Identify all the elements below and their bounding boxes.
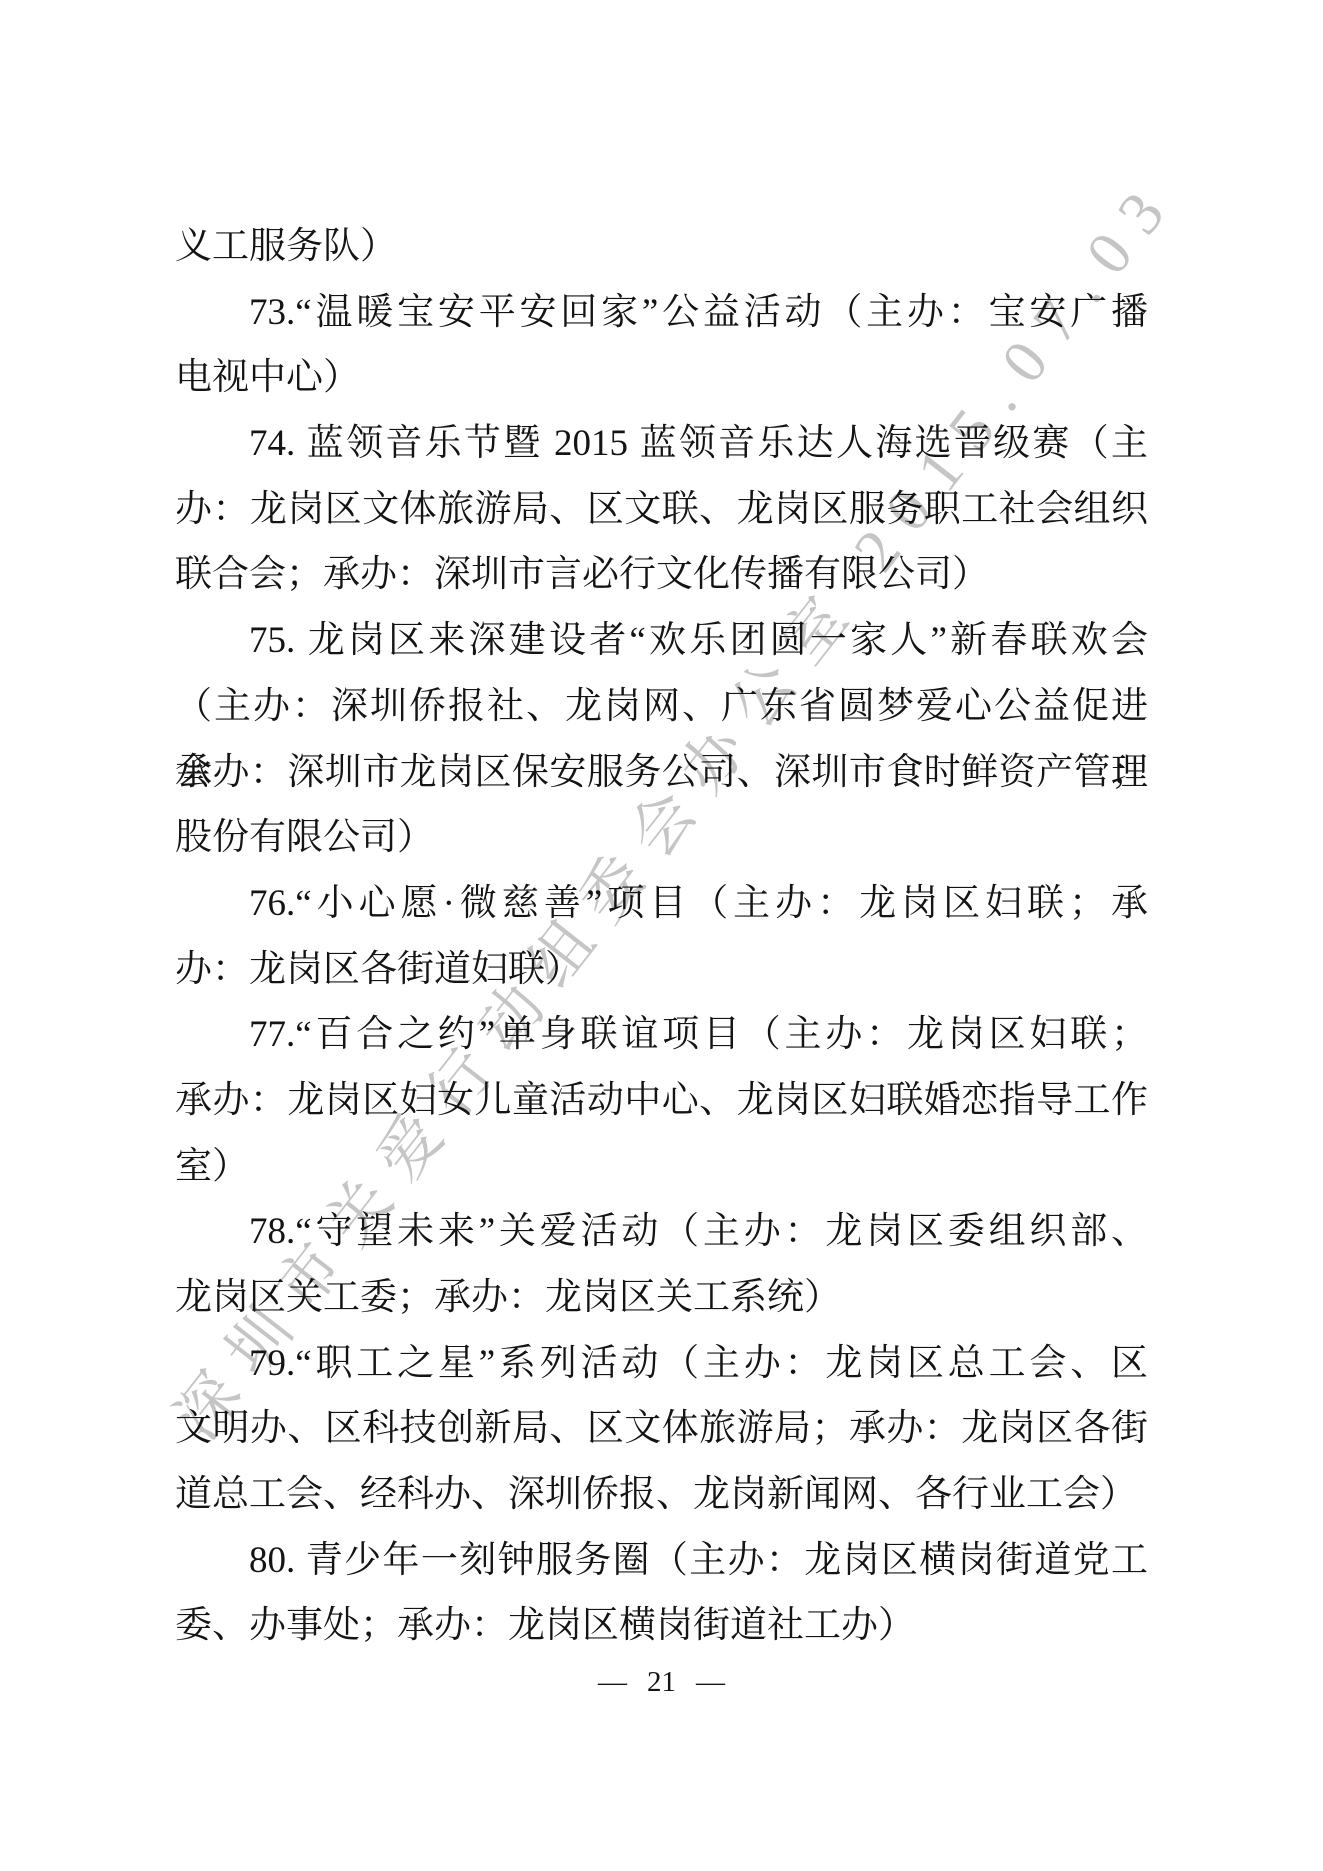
text-line: 73.“温暖宝安平安回家”公益活动（主办：宝安广播 bbox=[175, 280, 1148, 346]
text-line: 道总工会、经科办、深圳侨报、龙岗新闻网、各行业工会） bbox=[175, 1462, 1148, 1528]
footer-dash-right: — bbox=[696, 1666, 725, 1698]
text-line: 委、办事处；承办：龙岗区横岗街道社工办） bbox=[175, 1593, 1148, 1659]
document-body: 义工服务队）73.“温暖宝安平安回家”公益活动（主办：宝安广播电视中心）74. … bbox=[175, 214, 1148, 1659]
text-line: 办：龙岗区文体旅游局、区文联、龙岗区服务职工社会组织 bbox=[175, 477, 1148, 543]
text-line: 联合会；承办：深圳市言必行文化传播有限公司） bbox=[175, 542, 1148, 608]
page-footer: —21— bbox=[0, 1662, 1323, 1702]
text-line: 77.“百合之约”单身联谊项目（主办：龙岗区妇联； bbox=[175, 1002, 1148, 1068]
text-line: 室） bbox=[175, 1134, 1148, 1200]
text-line: 79.“职工之星”系列活动（主办：龙岗区总工会、区 bbox=[175, 1331, 1148, 1397]
document-page: 深圳市关爱行动组委会办公室 2015.07.03 义工服务队）73.“温暖宝安平… bbox=[0, 0, 1323, 1871]
text-line: 股份有限公司） bbox=[175, 805, 1148, 871]
page-number: 21 bbox=[647, 1666, 676, 1698]
text-line: 龙岗区关工委；承办：龙岗区关工系统） bbox=[175, 1265, 1148, 1331]
text-line: 承办：龙岗区妇女儿童活动中心、龙岗区妇联婚恋指导工作 bbox=[175, 1068, 1148, 1134]
text-line: 75. 龙岗区来深建设者“欢乐团圆一家人”新春联欢会 bbox=[175, 608, 1148, 674]
text-line: （主办：深圳侨报社、龙岗网、广东省圆梦爱心公益促进会； bbox=[175, 674, 1148, 740]
text-line: 办：龙岗区各街道妇联） bbox=[175, 937, 1148, 1003]
footer-dash-left: — bbox=[598, 1666, 627, 1698]
text-line: 义工服务队） bbox=[175, 214, 1148, 280]
text-line: 76.“小心愿·微慈善”项目（主办：龙岗区妇联；承 bbox=[175, 871, 1148, 937]
text-line: 74. 蓝领音乐节暨 2015 蓝领音乐达人海选晋级赛（主 bbox=[175, 411, 1148, 477]
text-line: 承办：深圳市龙岗区保安服务公司、深圳市食时鲜资产管理 bbox=[175, 740, 1148, 806]
text-line: 电视中心） bbox=[175, 345, 1148, 411]
text-line: 78.“守望未来”关爱活动（主办：龙岗区委组织部、 bbox=[175, 1199, 1148, 1265]
text-line: 文明办、区科技创新局、区文体旅游局；承办：龙岗区各街 bbox=[175, 1396, 1148, 1462]
text-line: 80. 青少年一刻钟服务圈（主办：龙岗区横岗街道党工 bbox=[175, 1528, 1148, 1594]
